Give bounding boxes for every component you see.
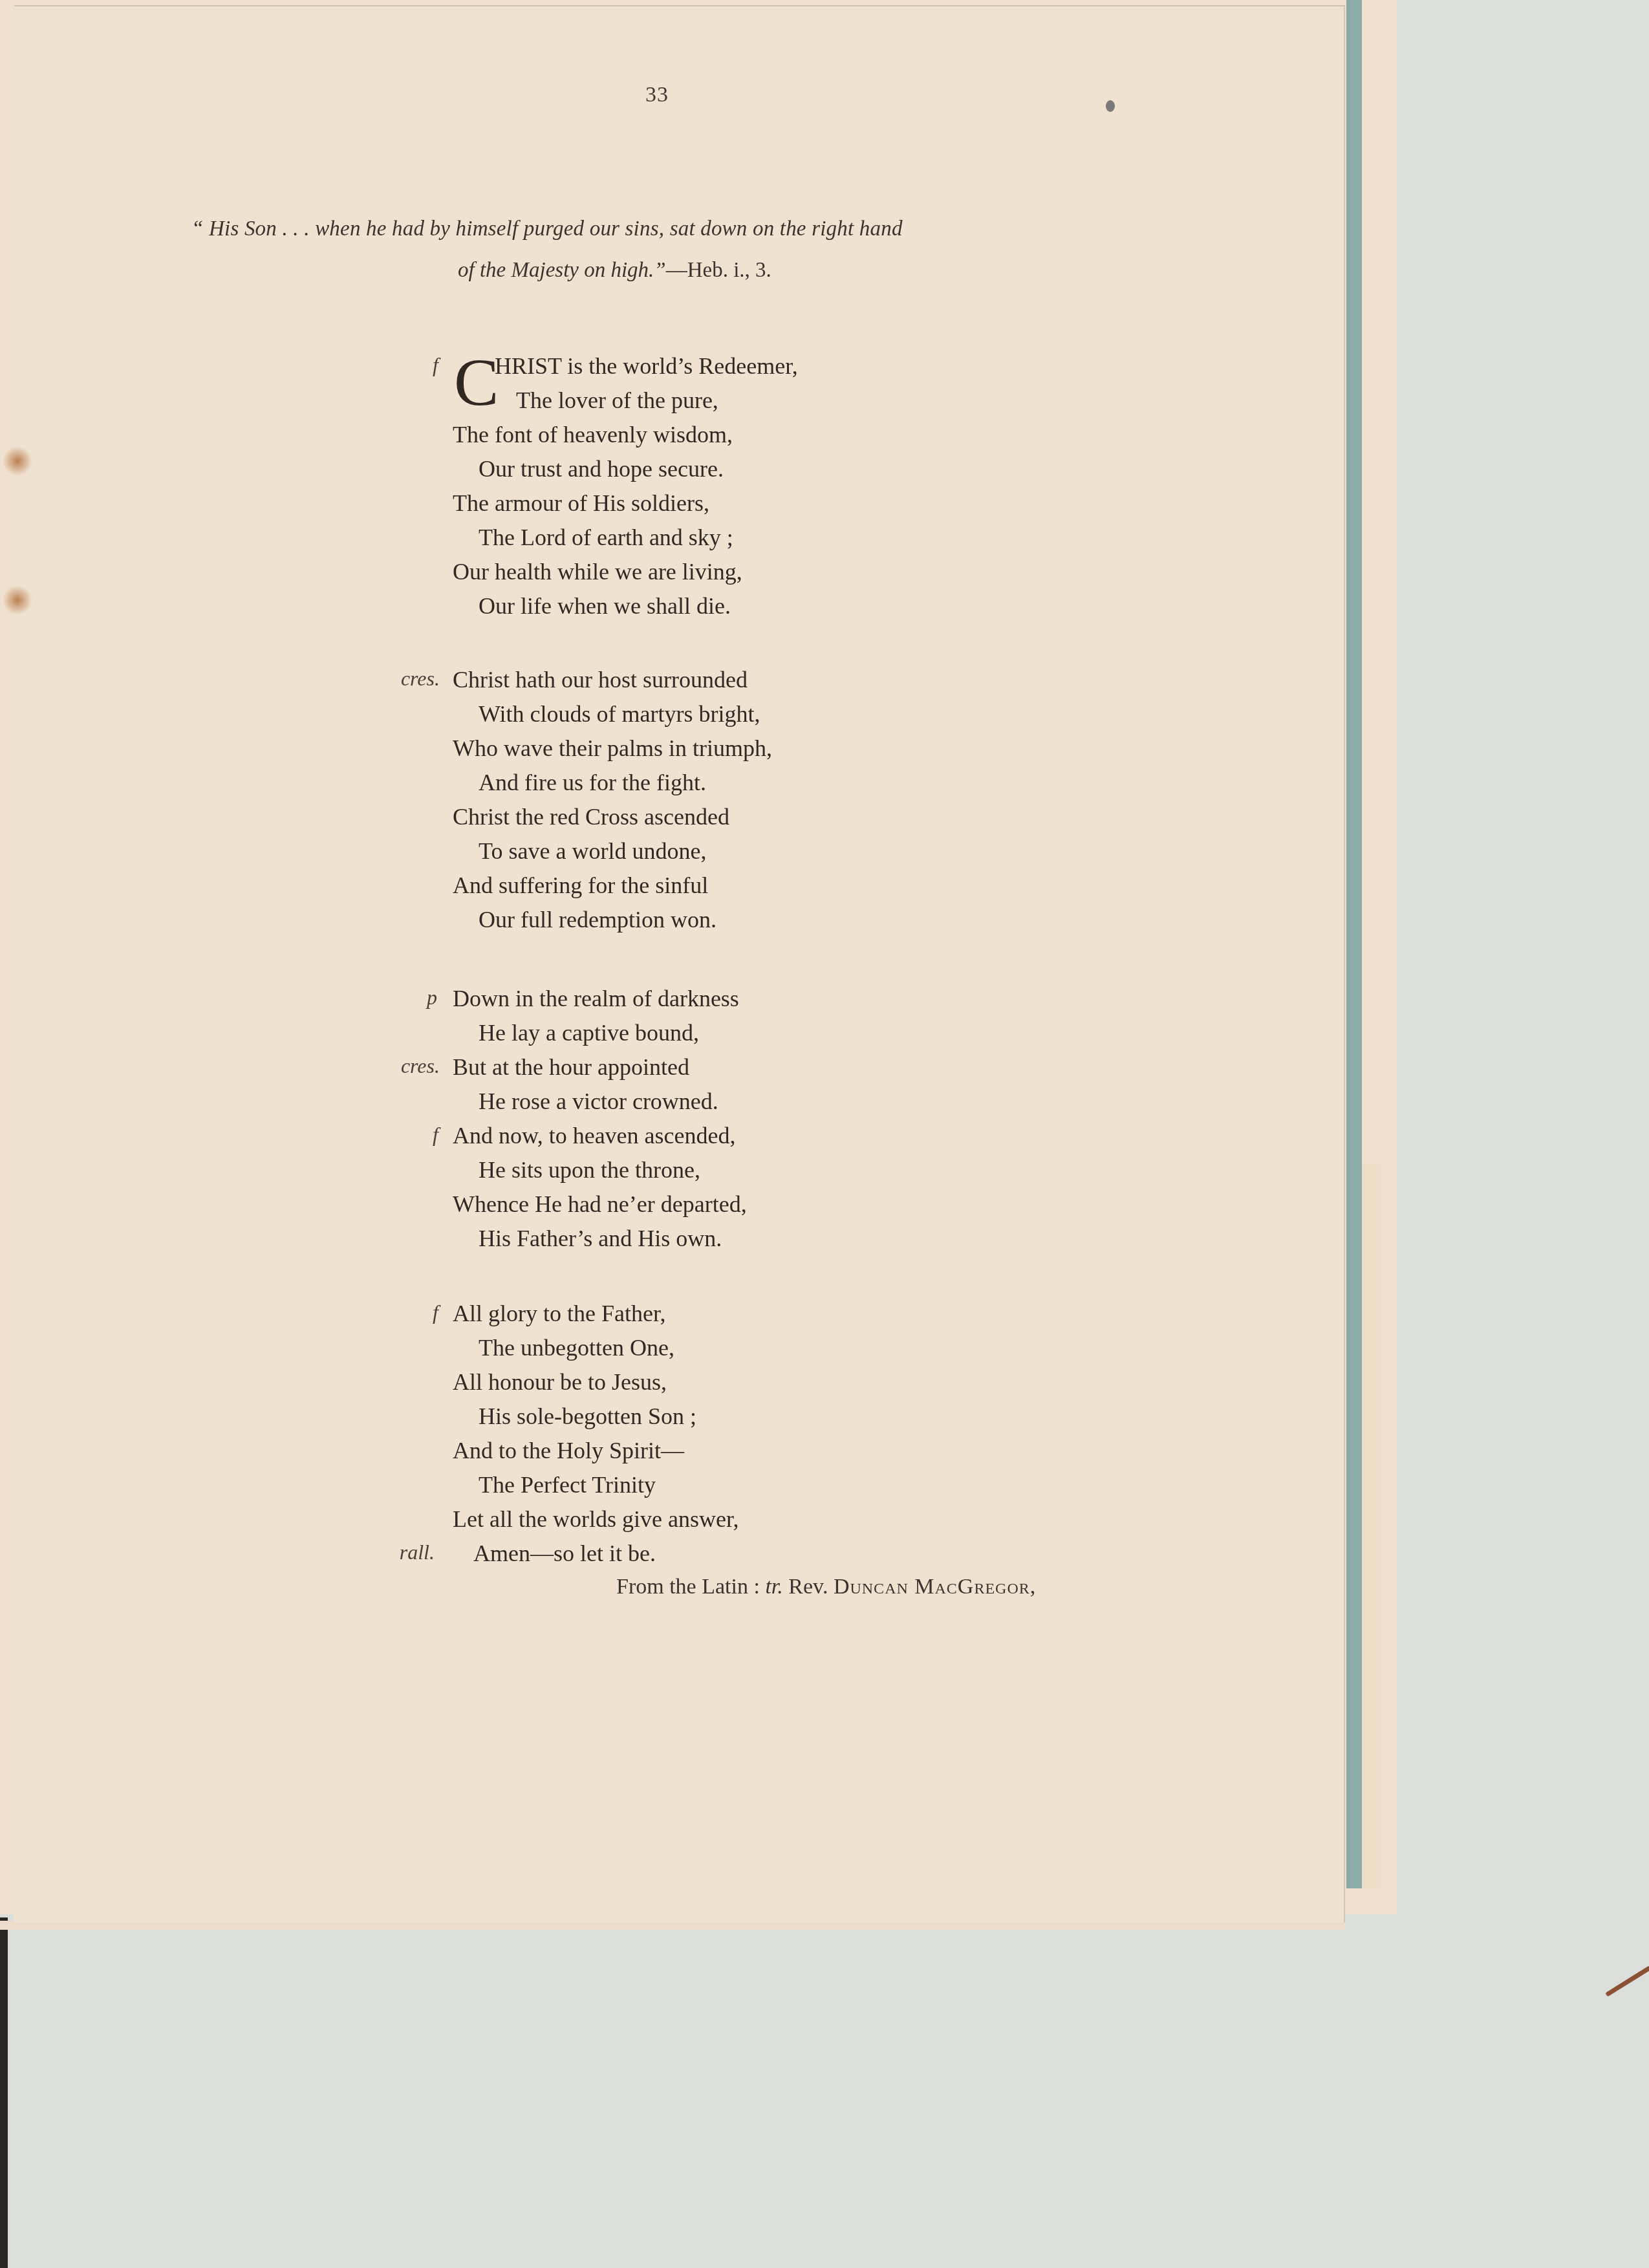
verse-line: Christ hath our host surrounded xyxy=(453,663,748,697)
verse-line: To save a world undone, xyxy=(479,834,706,869)
verse-line: And now, to heaven ascended, xyxy=(453,1119,736,1153)
verse-line: He sits upon the throne, xyxy=(479,1153,700,1187)
verse-line: Amen—so let it be. xyxy=(473,1537,656,1571)
cover-edge-inner xyxy=(1362,1164,1381,1888)
ink-smudge xyxy=(1106,100,1115,112)
verse-line: His sole-begotten Son ; xyxy=(479,1399,696,1434)
rust-stain xyxy=(3,446,32,476)
verse-line: With clouds of martyrs bright, xyxy=(479,697,760,731)
scanned-page xyxy=(14,5,1345,1923)
verse-line: And fire us for the fight. xyxy=(479,766,706,800)
verse-line: Down in the realm of darkness xyxy=(453,982,739,1016)
verse-line: All glory to the Father, xyxy=(453,1297,666,1331)
verse-line: Let all the worlds give answer, xyxy=(453,1502,738,1537)
verse-line: The unbegotten One, xyxy=(479,1331,674,1365)
drop-cap: C xyxy=(454,349,499,416)
attribution: From the Latin : tr. Rev. Duncan MacGreg… xyxy=(616,1575,1036,1599)
cover-edge xyxy=(1346,0,1362,1888)
scripture-reference: —Heb. i., 3. xyxy=(666,259,771,282)
verse-line: Christ the red Cross ascended xyxy=(453,800,729,834)
rust-stain xyxy=(3,585,32,615)
verse-line: Our trust and hope secure. xyxy=(479,452,724,486)
verse-line: And to the Holy Spirit— xyxy=(453,1434,684,1468)
verse-line: The armour of His soldiers, xyxy=(453,486,709,521)
verse-line: The Lord of earth and sky ; xyxy=(479,521,733,555)
epigraph-line-2: of the Majesty on high.”—Heb. i., 3. xyxy=(191,250,1129,291)
verse-line: Who wave their palms in triumph, xyxy=(453,731,772,766)
verse-line: The font of heavenly wisdom, xyxy=(453,418,733,452)
epigraph-text: of the Majesty on high.” xyxy=(458,259,666,282)
dynamic-marking: p xyxy=(427,986,437,1010)
translator-abbrev: tr. xyxy=(765,1575,782,1599)
verse-line: Our life when we shall die. xyxy=(479,589,731,623)
verse-line: The Perfect Trinity xyxy=(479,1468,656,1502)
verse-line: He lay a captive bound, xyxy=(479,1016,699,1050)
verse-line: Our full redemption won. xyxy=(479,903,717,937)
verse-line: Whence He had ne’er departed, xyxy=(453,1187,747,1222)
dynamic-marking: rall. xyxy=(400,1540,435,1564)
verse-line: And suffering for the sinful xyxy=(453,869,708,903)
dynamic-marking: f xyxy=(433,1123,438,1147)
page-number: 33 xyxy=(645,83,669,107)
translator-name: Duncan MacGregor, xyxy=(834,1575,1036,1599)
dynamic-marking: f xyxy=(433,1301,438,1324)
epigraph-line-1: “ His Son . . . when he had by himself p… xyxy=(191,208,1129,250)
dynamic-marking: f xyxy=(433,353,438,377)
verse-line: All honour be to Jesus, xyxy=(453,1365,667,1399)
verse-line: The lover of the pure, xyxy=(516,383,718,418)
dynamic-marking: cres. xyxy=(401,667,440,691)
debris-twig xyxy=(1605,1965,1649,1996)
scanner-lid-edge xyxy=(0,1917,8,2268)
attribution-source: From the Latin : xyxy=(616,1575,760,1599)
verse-line: His Father’s and His own. xyxy=(479,1222,722,1256)
epigraph: “ His Son . . . when he had by himself p… xyxy=(191,208,1129,291)
verse-line: HRIST is the world’s Redeemer, xyxy=(495,349,798,383)
dynamic-marking: cres. xyxy=(401,1054,440,1078)
verse-line: But at the hour appointed xyxy=(453,1050,689,1085)
verse-line: He rose a victor crowned. xyxy=(479,1085,718,1119)
translator-title: Rev. xyxy=(788,1575,828,1599)
verse-line: Our health while we are living, xyxy=(453,555,742,589)
